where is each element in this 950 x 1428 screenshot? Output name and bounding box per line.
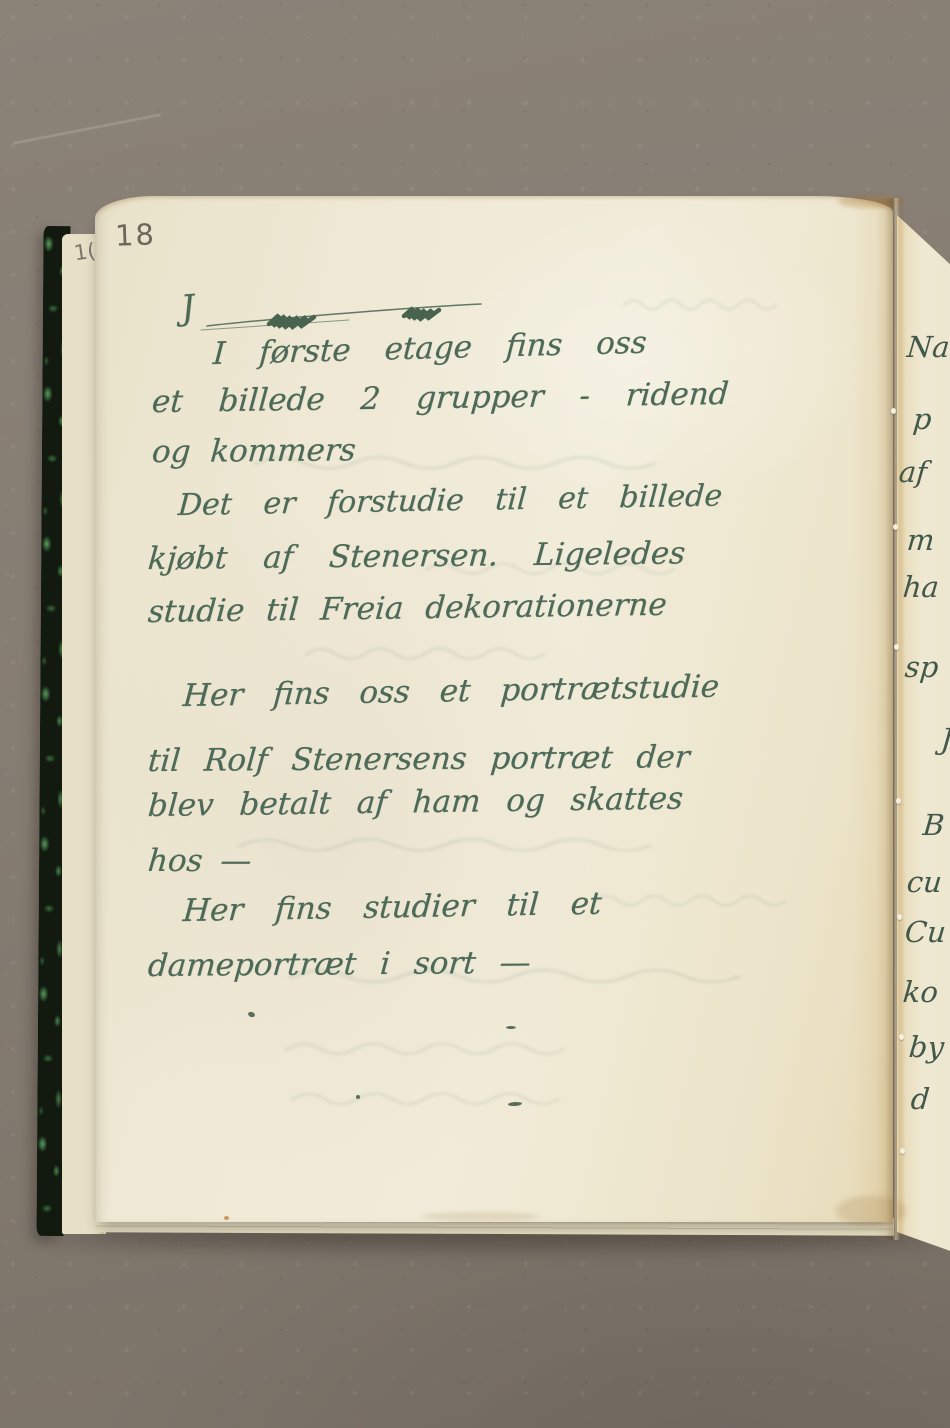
manuscript-line: kjøbt af Stenersen. Ligeledes [147, 535, 687, 577]
ink-speck [247, 1011, 255, 1018]
manuscript-fragment: Na [906, 330, 950, 364]
manuscript-fragment: J [940, 722, 950, 756]
manuscript-line: og kommers [151, 432, 358, 470]
manuscript-line: hos — [146, 843, 253, 879]
ink-speck [356, 1095, 360, 1099]
photograph-background: 1( 18 J I første etag [0, 0, 950, 1428]
stitch-hole [896, 798, 901, 804]
ink-bleedthrough [590, 888, 790, 910]
struck-out-line: J [181, 288, 484, 334]
manuscript-fragment: Cu [904, 915, 948, 949]
notebook: 1( 18 J I første etag [0, 0, 950, 1428]
manuscript-line: Her fins oss et portrætstudie [182, 669, 721, 714]
left-page: 18 J I første etage fins oss et billed [95, 196, 893, 1222]
manuscript-fragment: B [922, 808, 946, 842]
foxing-spot [224, 1216, 229, 1220]
strikethrough-scribble [199, 296, 484, 334]
manuscript-fragment: d [910, 1082, 932, 1116]
manuscript-line: til Rolf Stenersens portræt der [147, 739, 691, 779]
page-number: 18 [114, 217, 156, 252]
under-page-number: 1( [72, 239, 97, 266]
stitch-hole [899, 1034, 904, 1040]
struck-letter: J [179, 287, 196, 328]
manuscript-line: Det er forstudie til et billede [177, 478, 724, 523]
stitch-hole [897, 914, 902, 920]
ink-bleedthrough [620, 292, 780, 314]
manuscript-line: blev betalt af ham og skattes [147, 781, 685, 825]
stitch-hole [894, 644, 899, 650]
ink-bleedthrough [230, 830, 660, 856]
stitch-hole [891, 408, 896, 414]
manuscript-fragment: p [912, 402, 934, 436]
stitch-hole [900, 1148, 905, 1154]
manuscript-fragment: by [908, 1030, 946, 1064]
ink-bleedthrough [300, 640, 550, 664]
ink-bleedthrough [285, 1085, 565, 1109]
manuscript-fragment: ha [902, 570, 941, 604]
manuscript-fragment: sp [904, 650, 940, 684]
stitch-hole [893, 524, 898, 530]
paper-stain [420, 1212, 540, 1221]
gutter-crease [876, 198, 906, 1240]
manuscript-line: et billede 2 grupper - ridend [151, 376, 730, 420]
manuscript-fragment: m [906, 523, 936, 557]
manuscript-line: Her fins studier til et [182, 886, 603, 929]
manuscript-fragment: ko [902, 975, 940, 1009]
ink-bleedthrough [280, 1035, 570, 1059]
manuscript-line: studie til Freia dekorationerne [147, 587, 668, 630]
manuscript-line: dameportræt i sort — [147, 945, 532, 984]
manuscript-fragment: cu [906, 865, 944, 899]
ink-speck [506, 1026, 516, 1029]
